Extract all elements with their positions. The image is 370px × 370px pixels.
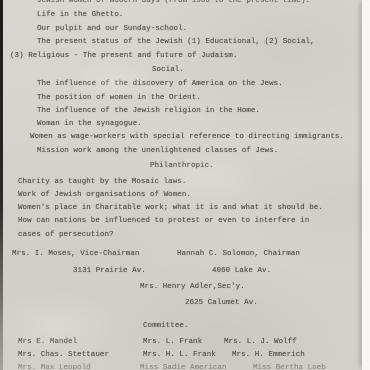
topic-line: How can nations be influenced to protest… [18,217,309,225]
topic-line: Life in the Ghetto. [37,11,123,19]
officer-secretary: Mrs. Henry Adler,Sec'y. [140,283,245,291]
topic-line: Charity as taught by the Mosaic laws. [18,178,186,186]
topic-line: Mission work among the unenlightened cla… [37,147,278,155]
committee-member: Mrs E. Mandel [18,338,77,346]
section-heading-philanthropic: Philanthropic. [150,162,214,170]
topic-line: The position of women in the Orient. [37,94,201,102]
topic-line: Work of Jewish organisations of Women. [18,191,191,199]
topic-line: Jewish Women of modern days (From 1500 t… [37,0,310,5]
committee-member: Miss Bertha Loeb [253,364,326,370]
topic-line: cases of persecution? [18,231,114,239]
topic-line: Women as wage-workers with special refer… [30,133,344,141]
committee-member: Mrs. Chas. Stettauer [18,351,109,359]
committee-member: Mrs. L. Frank [143,338,202,346]
committee-member: Miss Sadie American [140,364,226,370]
topic-line: Our pulpit and our Sunday-school. [37,25,187,33]
officer-secretary-address: 2625 Calumet Av. [185,299,258,307]
committee-member: Mrs. L. J. Wolff [224,338,297,346]
officer-chairman-address: 4060 Lake Av. [212,267,271,275]
topic-line: The influence of the discovery of Americ… [37,80,283,88]
topic-line: Woman in the synagogue. [37,120,142,128]
officer-vice-chairman: Mrs. I. Moses, Vice-Chairman [12,250,139,258]
topic-line: The influence of the Jewish religion in … [37,107,260,115]
officer-chairman: Hannah C. Solomon, Chairman [177,250,300,258]
section-heading-social: Social. [152,66,184,74]
committee-heading: Committee. [143,322,189,330]
committee-member: Mrs. Max Leopold [18,364,91,370]
committee-member: Mrs. H. Emmerich [232,351,305,359]
topic-line: The present status of the Jewish (1) Edu… [37,38,315,46]
officer-vice-chairman-address: 3131 Prairie Av. [73,267,146,275]
scan-edge-right [362,0,370,370]
committee-member: Mrs. H. L. Frank [143,351,216,359]
scan-edge-left [0,0,3,370]
scanned-document-page: Jewish Women of modern days (From 1500 t… [0,0,370,370]
topic-line: Women's place in Charitable work; what i… [18,204,323,212]
topic-line: (3) Religious - The present and future o… [10,52,238,60]
